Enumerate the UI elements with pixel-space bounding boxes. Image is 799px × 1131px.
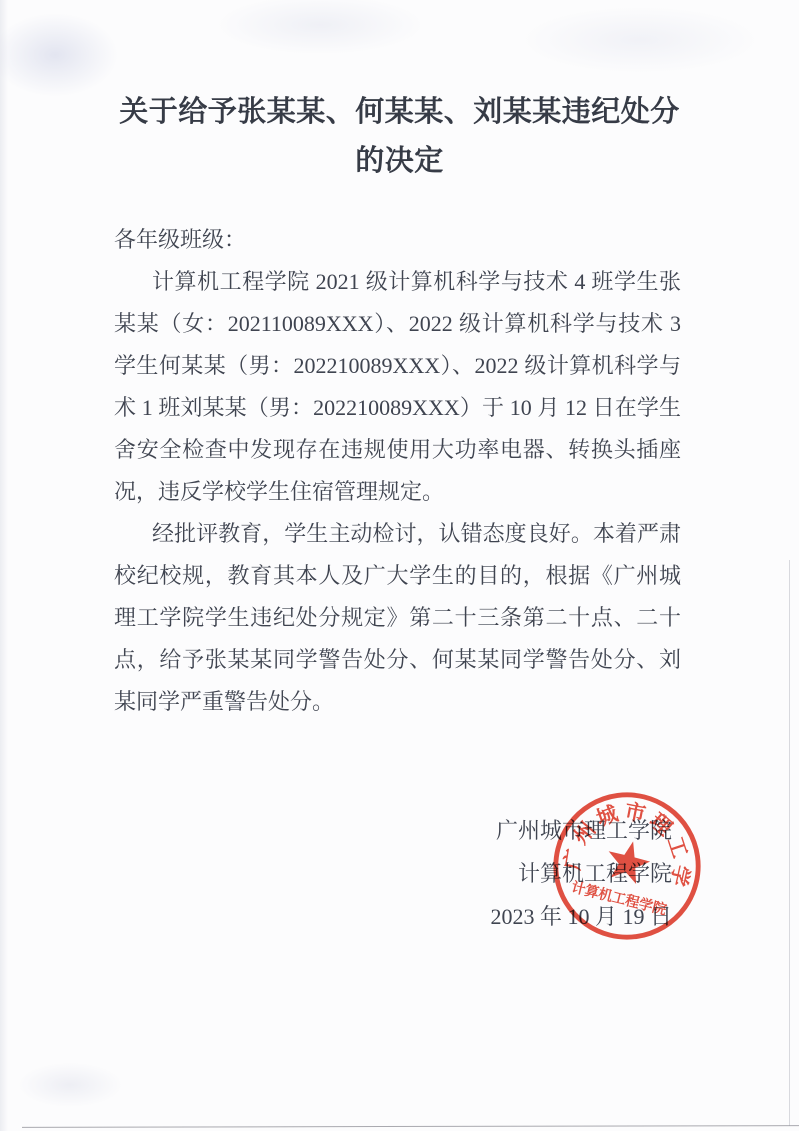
signature-date: 2023 年 10 月 19 日 [490, 895, 672, 938]
text-line: 舍安全检查中发现存在违规使用大功率电器、转换头插座情 [114, 429, 681, 471]
paragraph-violation: 计算机工程学院 2021 级计算机科学与技术 4 班学生张某某（女：202110… [114, 261, 681, 513]
text-line: 术 1 班刘某某（男：202210089XXX）于 10 月 12 日在学生宿 [114, 387, 681, 429]
text-line: 理工学院学生违纪处分规定》第二十三条第二十点、二十一 [114, 597, 681, 639]
signature-college: 计算机工程学院 [490, 852, 672, 895]
text-line: 经批评教育，学生主动检讨，认错态度良好。本着严肃 [114, 513, 681, 555]
document-title-line1: 关于给予张某某、何某某、刘某某违纪处分 [60, 88, 739, 137]
signature-block: 广州城市理工学院 计算机工程学院 2023 年 10 月 19 日 [490, 809, 672, 938]
paragraph-decision: 经批评教育，学生主动检讨，认错态度良好。本着严肃校纪校规，教育其本人及广大学生的… [114, 513, 681, 723]
page-right-edge [789, 560, 790, 1126]
salutation: 各年级班级： [114, 219, 681, 261]
document-title: 关于给予张某某、何某某、刘某某违纪处分 的决定 [60, 88, 739, 186]
document-title-line2: 的决定 [60, 137, 739, 186]
body-text: 各年级班级： 计算机工程学院 2021 级计算机科学与技术 4 班学生张某某（女… [114, 219, 681, 723]
text-line: 点，给予张某某同学警告处分、何某某同学警告处分、刘某 [114, 639, 681, 681]
text-line: 某某（女：202110089XXX）、2022 级计算机科学与技术 3 班 [114, 303, 681, 345]
signature-university: 广州城市理工学院 [490, 809, 672, 852]
text-line: 计算机工程学院 2021 级计算机科学与技术 4 班学生张 [114, 261, 681, 303]
page-bottom-edge [22, 1125, 799, 1128]
text-line: 况，违反学校学生住宿管理规定。 [114, 471, 681, 513]
text-line: 学生何某某（男：202210089XXX）、2022 级计算机科学与技 [114, 345, 681, 387]
text-line: 校纪校规，教育其本人及广大学生的目的，根据《广州城市 [114, 555, 681, 597]
text-line: 某同学严重警告处分。 [114, 681, 681, 723]
